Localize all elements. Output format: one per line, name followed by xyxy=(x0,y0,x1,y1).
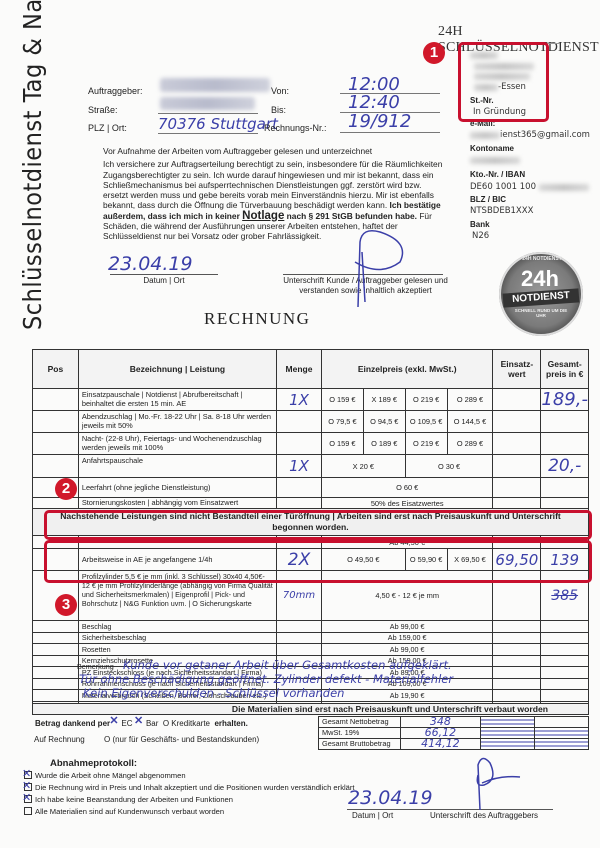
price-option[interactable]: O 189 € xyxy=(363,433,405,455)
totals-brutto-row: Gesamt Bruttobetrag 414,12 xyxy=(319,739,589,750)
header-menge: Menge xyxy=(277,350,322,389)
price-option[interactable]: O 159 € xyxy=(321,389,363,411)
ec-checkbox[interactable] xyxy=(112,719,118,727)
price-option-selected[interactable]: X 189 € xyxy=(363,389,405,411)
bis-value[interactable]: 12:40 xyxy=(348,92,400,113)
agreement-date-label: Datum | Ort xyxy=(110,276,218,285)
von-label: Von: xyxy=(271,86,289,96)
protocol-item-label: Ich habe keine Beanstandung der Arbeiten… xyxy=(35,795,233,804)
price-option[interactable]: O 79,5 € xyxy=(321,411,363,433)
notdienst-stamp: 24H NOTDIENST 24h NOTDIENST SCHNELL RUND… xyxy=(499,252,583,336)
plz-ort-label: PLZ | Ort: xyxy=(88,123,127,133)
material-price: Ab 99,00 € xyxy=(321,621,492,633)
material-desc: Rosetten xyxy=(78,644,276,656)
material-row: Rosetten Ab 99,00 € xyxy=(33,644,589,656)
bar-checkbox[interactable] xyxy=(137,719,143,727)
price-option[interactable]: O 60 € xyxy=(321,478,492,498)
table-row: Nacht- (22-8 Uhr), Feiertags- und Wochen… xyxy=(33,433,589,455)
email-redacted xyxy=(470,132,500,139)
iban-redacted xyxy=(539,184,589,191)
price-option[interactable]: O 219 € xyxy=(405,389,447,411)
bank-label: Bank xyxy=(470,220,595,229)
agreement-date[interactable]: 23.04.19 xyxy=(108,253,193,275)
mwst-label: MwSt. 19% xyxy=(319,728,401,739)
row-desc: Leerfahrt (ohne jegliche Dienstleistung) xyxy=(78,478,276,498)
protocol-item[interactable]: Ich habe keine Beanstandung der Arbeiten… xyxy=(24,795,233,804)
header-einsatzwert: Einsatz-wert xyxy=(493,350,541,389)
agreement-date-line xyxy=(110,274,218,275)
protocol-checkbox-checked[interactable] xyxy=(24,771,32,779)
strasse-redacted xyxy=(160,97,255,110)
price-value: 50% des Eisatzwertes xyxy=(321,498,492,509)
table-row: Leerfahrt (ohne jegliche Dienstleistung)… xyxy=(33,478,589,498)
bemerkung-line-1: Kunde vor getaner Arbeit über Gesamtkost… xyxy=(123,658,452,672)
row-gesamt[interactable]: 20,- xyxy=(541,455,589,478)
price-option[interactable]: O 109,5 € xyxy=(405,411,447,433)
price-option[interactable]: O 30 € xyxy=(405,455,493,478)
row-gesamt[interactable]: 189,- xyxy=(541,389,589,411)
strasse-line xyxy=(158,113,258,114)
table-header-row: Pos Bezeichnung | Leistung Menge Einzelp… xyxy=(33,350,589,389)
side-title: Schlüsselnotdienst Tag & Nacht xyxy=(18,0,47,330)
material-row: Sicherheitsbeschlag Ab 159,00 € xyxy=(33,632,589,644)
brutto-value[interactable]: 414,12 xyxy=(401,739,481,750)
rechnungsnr-label: Rechnungs-Nr.: xyxy=(264,123,327,133)
bank-value: N26 xyxy=(472,231,595,241)
header-gesamtpreis: Gesamt-preis in € xyxy=(541,350,589,389)
bemerkung-label: Bemerkung xyxy=(77,662,114,671)
bis-label: Bis: xyxy=(271,105,286,115)
price-option[interactable]: O 94,5 € xyxy=(363,411,405,433)
bic-label: BLZ / BIC xyxy=(470,195,595,204)
protocol-date[interactable]: 23.04.19 xyxy=(348,787,433,809)
bic-value: NTSBDEB1XXX xyxy=(470,206,595,216)
material-row: Beschlag Ab 99,00 € xyxy=(33,621,589,633)
payment-received-suffix: erhalten. xyxy=(214,719,247,728)
totals-table: Gesamt Nettobetrag 348 MwSt. 19% 66,12 G… xyxy=(318,716,589,750)
notlage-word: Notlage xyxy=(242,210,284,222)
brutto-label: Gesamt Bruttobetrag xyxy=(319,739,401,750)
rechnungsnr-line xyxy=(340,132,440,133)
kreditkarte-option[interactable]: O Kreditkarte xyxy=(163,719,210,728)
header-einzelpreis: Einzelpreis (exkl. MwSt.) xyxy=(321,350,492,389)
marker-2: 2 xyxy=(55,478,77,500)
price-option[interactable]: O 219 € xyxy=(405,433,447,455)
email-value[interactable]: ienst365@gmail.com xyxy=(500,130,590,140)
protocol-date-label: Datum | Ort xyxy=(352,811,393,820)
protocol-title: Abnahmeprotokoll: xyxy=(50,758,137,769)
kontoname-redacted xyxy=(470,157,520,164)
price-option[interactable]: O 289 € xyxy=(447,433,493,455)
marker-1: 1 xyxy=(423,42,445,64)
ec-label: EC xyxy=(121,719,132,728)
auftraggeber-redacted xyxy=(160,78,270,92)
customer-signature-1 xyxy=(340,222,440,312)
table-row: Abendzuschlag | Mo.-Fr. 18-22 Uhr | Sa. … xyxy=(33,411,589,433)
protocol-checkbox-unchecked[interactable] xyxy=(24,807,32,815)
row-desc: Abendzuschlag | Mo.-Fr. 18-22 Uhr | Sa. … xyxy=(78,411,276,433)
material-desc: Sicherheitsbeschlag xyxy=(78,632,276,644)
highlight-box-2a xyxy=(44,510,592,540)
protocol-checkbox-checked[interactable] xyxy=(24,795,32,803)
agreement-bold-2: nach § 291 StGB befunden habe. xyxy=(287,211,417,221)
rechnung-label: Auf Rechnung xyxy=(34,735,85,744)
payment-received-row: Betrag dankend per EC Bar O Kreditkarte … xyxy=(35,719,248,728)
bemerkung-line-3: Kein Eigenverschulden - Schlüssel vorhan… xyxy=(83,686,344,700)
material-price: Ab 159,00 € xyxy=(321,632,492,644)
plz-ort-value[interactable]: 70376 Stuttgart xyxy=(158,115,278,133)
protocol-item[interactable]: Alle Materialien sind auf Kundenwunsch v… xyxy=(24,807,224,816)
stamp-24h: 24h xyxy=(521,266,559,292)
kontoname-label: Kontoname xyxy=(470,144,595,153)
header-pos: Pos xyxy=(33,350,79,389)
price-option[interactable]: O 289 € xyxy=(447,389,493,411)
protocol-item-label: Alle Materialien sind auf Kundenwunsch v… xyxy=(35,807,224,816)
stamp-subtext: SCHNELL RUND UM DIE UHR xyxy=(513,308,569,318)
table-row: Stornierungskosten | abhängig vom Einsat… xyxy=(33,498,589,509)
netto-label: Gesamt Nettobetrag xyxy=(319,717,401,728)
header-bezeichnung: Bezeichnung | Leistung xyxy=(78,350,276,389)
material-desc: Beschlag xyxy=(78,621,276,633)
material-price: Ab 99,00 € xyxy=(321,644,492,656)
plz-ort-line xyxy=(158,133,258,134)
rechnung-option[interactable]: O (nur für Geschäfts- und Bestandskunden… xyxy=(104,735,259,744)
marker-3: 3 xyxy=(55,594,77,616)
payment-received-label: Betrag dankend per xyxy=(35,719,110,728)
protocol-item[interactable]: Wurde die Arbeit ohne Mängel abgenommen xyxy=(24,771,186,780)
protocol-item-label: Die Rechnung wird in Preis und Inhalt ak… xyxy=(35,783,355,792)
protocol-item-label: Wurde die Arbeit ohne Mängel abgenommen xyxy=(35,771,186,780)
auftraggeber-label: Auftraggeber: xyxy=(88,86,143,96)
rechnungsnr-value[interactable]: 19/912 xyxy=(348,111,411,132)
table-row: Anfahrtspauschale 1X X 20 € O 30 € 20,- xyxy=(33,455,589,478)
invoice-page: Schlüsselnotdienst Tag & Nacht 24H SCHLÜ… xyxy=(0,0,600,848)
strasse-label: Straße: xyxy=(88,105,118,115)
price-option[interactable]: O 144,5 € xyxy=(447,411,493,433)
row-menge[interactable]: 1X xyxy=(277,455,322,478)
stamp-band: NOTDIENST xyxy=(503,288,580,307)
row-desc: Anfahrtspauschale xyxy=(78,455,276,478)
bemerkung-line-2: Tür ohne Beschädigung geöffnet. Zylinder… xyxy=(79,672,453,686)
protocol-checkbox-checked[interactable] xyxy=(24,783,32,791)
agreement-intro: Vor Aufnahme der Arbeiten vom Auftraggeb… xyxy=(103,146,443,156)
row-desc: Nacht- (22-8 Uhr), Feiertags- und Wochen… xyxy=(78,433,276,455)
protocol-item[interactable]: Die Rechnung wird in Preis und Inhalt ak… xyxy=(24,783,355,792)
iban-value: DE60 1001 100 xyxy=(470,182,536,192)
row-menge[interactable]: 1X xyxy=(277,389,322,411)
highlight-box-1 xyxy=(458,42,549,122)
row-desc: Stornierungskosten | abhängig vom Einsat… xyxy=(78,498,276,509)
bemerkung-box[interactable]: Bemerkung Kunde vor getaner Arbeit über … xyxy=(32,660,589,704)
row-desc: Einsatzpauschale | Notdienst | Abrufbere… xyxy=(78,389,276,411)
invoice-title: RECHNUNG xyxy=(204,309,310,329)
price-option-selected[interactable]: X 20 € xyxy=(321,455,405,478)
stamp-top-text: 24H NOTDIENST xyxy=(519,256,565,262)
table-row: Einsatzpauschale | Notdienst | Abrufbere… xyxy=(33,389,589,411)
customer-signature-2 xyxy=(470,755,550,815)
iban-label: Kto.-Nr. / IBAN xyxy=(470,170,595,179)
price-option[interactable]: O 159 € xyxy=(321,433,363,455)
highlight-box-2b xyxy=(44,540,592,583)
bar-label: Bar xyxy=(146,719,158,728)
